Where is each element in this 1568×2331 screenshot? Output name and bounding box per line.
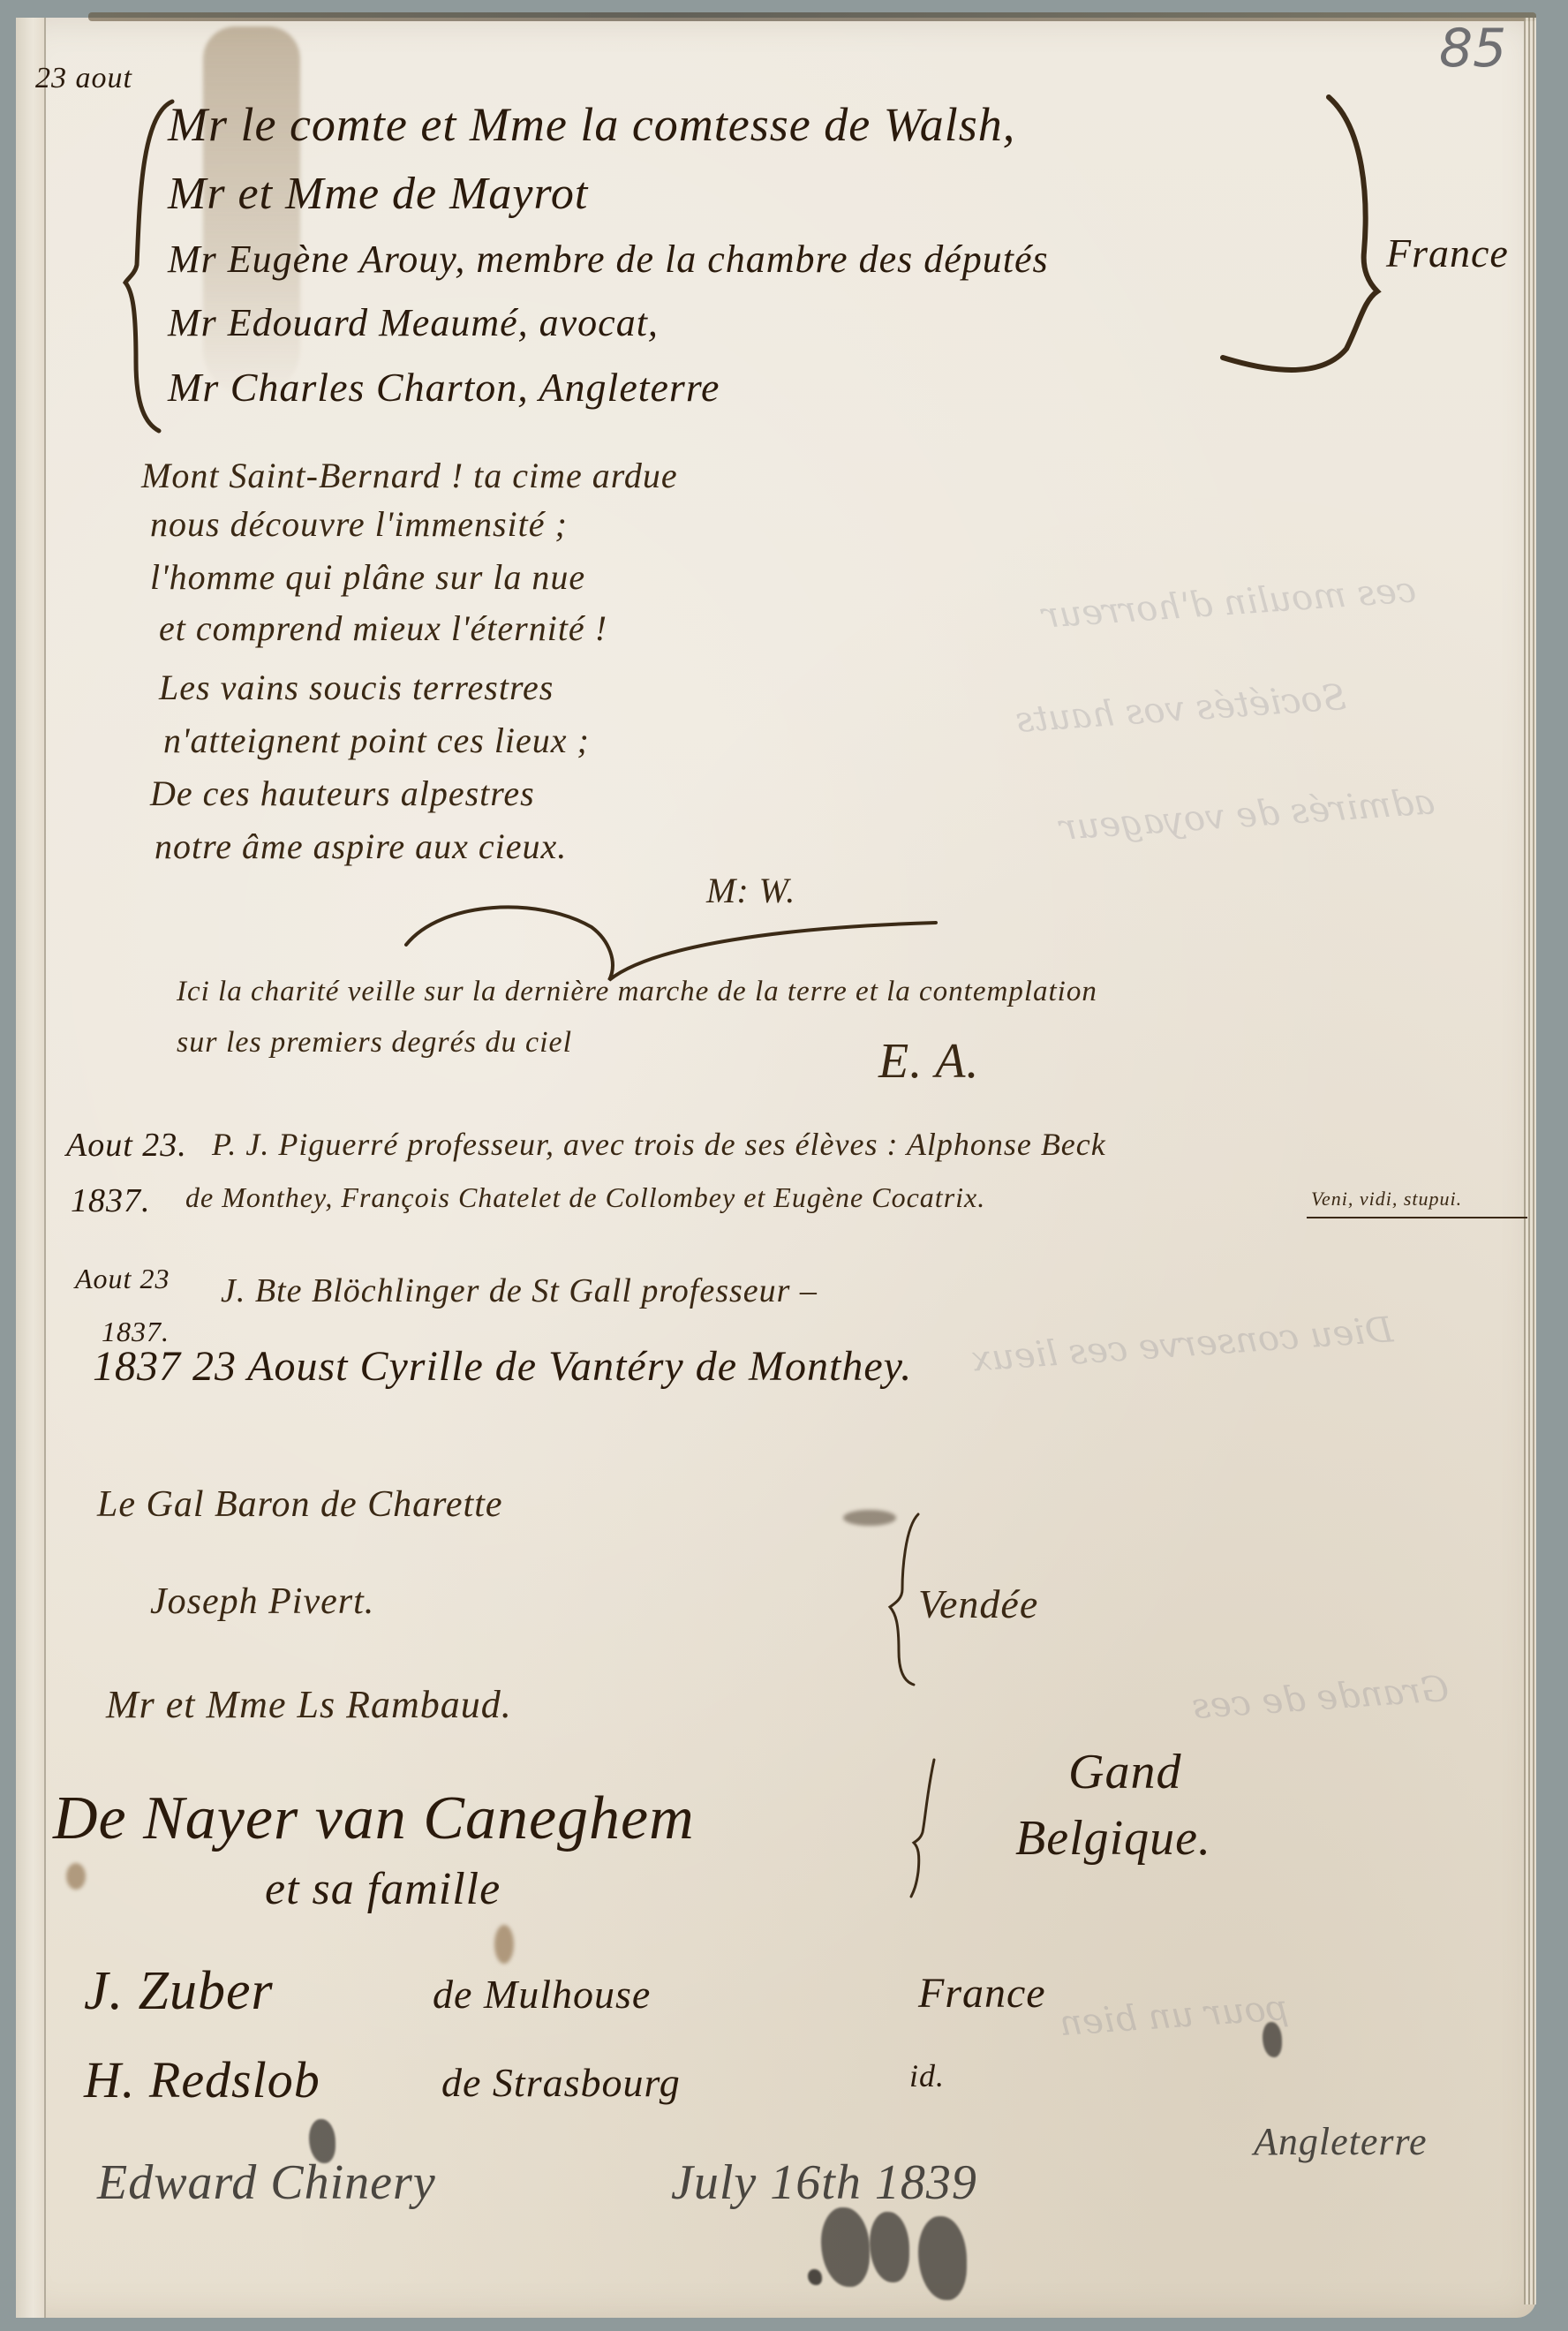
poem-line: De ces hauteurs alpestres	[150, 773, 535, 814]
entry-name: H. Redslob	[84, 2050, 320, 2109]
stain-spot	[66, 1863, 86, 1890]
poem-line: Les vains soucis terrestres	[159, 667, 554, 708]
page-stack-edges	[1524, 18, 1536, 2305]
entry-date: July 16th 1839	[671, 2154, 977, 2211]
entry-name: Edward Chinery	[97, 2154, 436, 2211]
country-label: Belgique.	[1015, 1810, 1211, 1867]
entry-line: Mr Charles Charton, Angleterre	[168, 364, 720, 411]
entry-motto: Veni, vidi, stupui.	[1311, 1188, 1462, 1211]
entry-line: 1837 23 Aoust Cyrille de Vantéry de Mont…	[93, 1342, 912, 1391]
entry-place: de Mulhouse	[433, 1971, 651, 2018]
binding-top-edge	[88, 12, 1536, 21]
entry-date: 23 aout	[35, 62, 132, 95]
poem-line: n'atteignent point ces lieux ;	[163, 720, 590, 761]
entry-line: et sa famille	[265, 1863, 501, 1915]
entry-name: J. Zuber	[84, 1960, 274, 2023]
entry-line: De Nayer van Caneghem	[53, 1784, 695, 1854]
entry-country: id.	[909, 2057, 945, 2094]
poem-line: nous découvre l'immensité ;	[150, 503, 568, 545]
entry-line: Mr et Mme de Mayrot	[168, 168, 588, 220]
stain-spot	[843, 1510, 896, 1526]
entry-country: France	[918, 1969, 1046, 2018]
quote-line: sur les premiers degrés du ciel	[177, 1026, 572, 1060]
page-number: 85	[1439, 18, 1506, 79]
entry-line: Joseph Pivert.	[150, 1580, 374, 1623]
right-brace-icon	[1015, 93, 1386, 375]
city-label: Gand	[1068, 1744, 1181, 1800]
entry-line: Mr et Mme Ls Rambaud.	[106, 1682, 512, 1727]
poem-line: notre âme aspire aux cieux.	[155, 826, 567, 867]
entry-line: P. J. Piguerré professeur, avec trois de…	[212, 1126, 1106, 1163]
quote-signature: E. A.	[878, 1033, 979, 1090]
entry-country: Angleterre	[1254, 2119, 1428, 2164]
poem-line: l'homme qui plâne sur la nue	[150, 556, 585, 598]
country-label: France	[1386, 230, 1509, 276]
poem-line: Mont Saint-Bernard ! ta cime ardue	[141, 455, 678, 496]
entry-line: Mr le comte et Mme la comtesse de Walsh,	[168, 97, 1015, 152]
entry-date: Aout 23.	[66, 1126, 187, 1165]
entry-line: Le Gal Baron de Charette	[97, 1483, 503, 1526]
right-brace-icon	[909, 1757, 945, 1898]
flourish-icon	[388, 892, 954, 989]
region-label: Vendée	[918, 1580, 1038, 1627]
entry-place: de Strasbourg	[441, 2059, 681, 2106]
ink-blot	[1263, 2022, 1282, 2057]
motto-underline	[1307, 1217, 1527, 1218]
quote-line: Ici la charité veille sur la dernière ma…	[177, 976, 1097, 1008]
page-gutter	[16, 18, 46, 2318]
entry-line: Mr Eugène Arouy, membre de la chambre de…	[168, 237, 1049, 282]
poem-line: et comprend mieux l'éternité !	[159, 607, 607, 649]
entry-date: Aout 23	[75, 1263, 170, 1295]
ink-blot	[808, 2269, 822, 2285]
entry-line: J. Bte Blöchlinger de St Gall professeur…	[221, 1271, 818, 1310]
entry-line: Mr Edouard Meaumé, avocat,	[168, 300, 659, 345]
entry-line: de Monthey, François Chatelet de Collomb…	[185, 1181, 985, 1214]
stain-spot	[494, 1925, 514, 1964]
entry-year: 1837.	[71, 1181, 151, 1220]
